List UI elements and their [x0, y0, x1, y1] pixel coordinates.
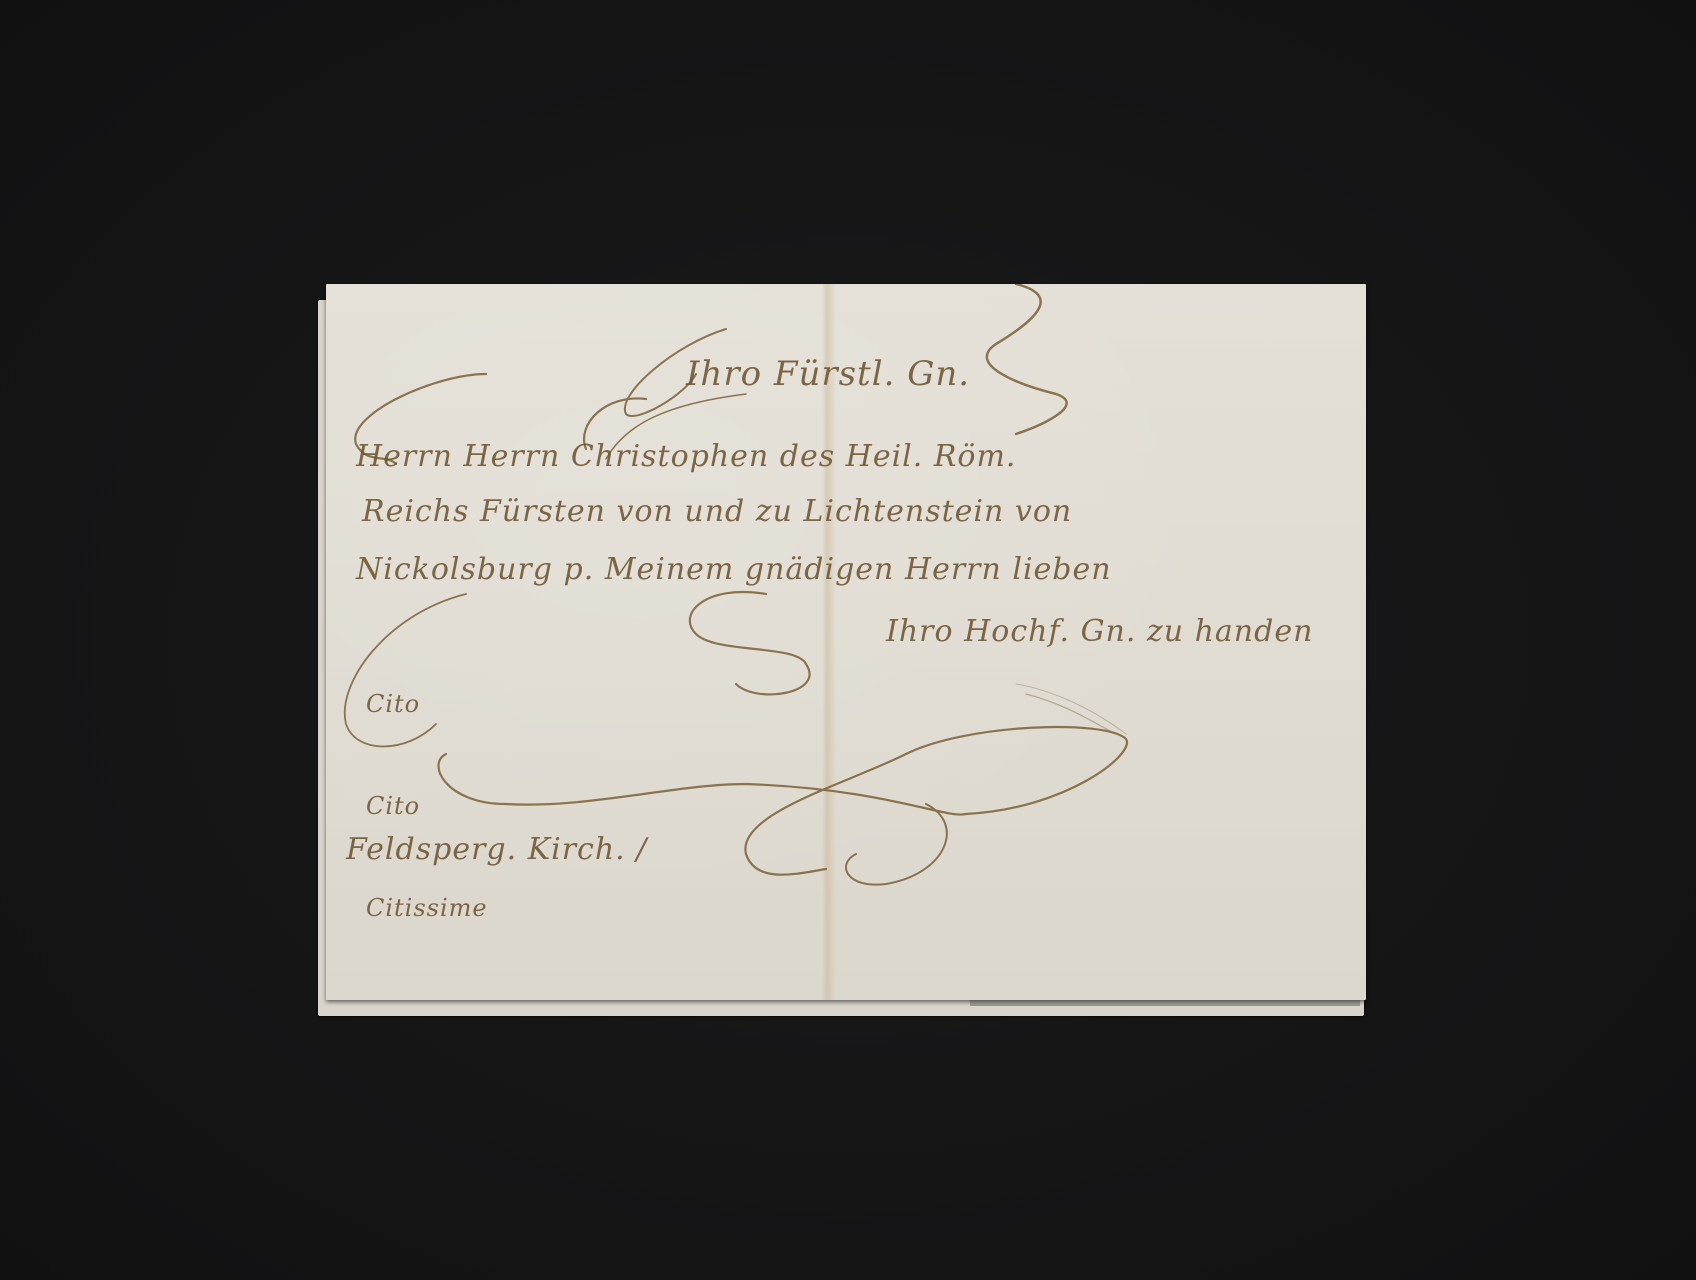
address-line-3: Nickolsburg p. Meinem gnädigen Herrn lie…	[356, 552, 1112, 587]
urgent-line-3: Citissime	[366, 891, 488, 925]
letter-paper: Ihro Fürstl. Gn. Herrn Herrn Christophen…	[326, 284, 1366, 1000]
urgent-margin-note: Cito Cito Citissime	[366, 619, 488, 993]
address-line-2: Reichs Fürsten von und zu Lichtenstein v…	[362, 494, 1072, 529]
urgent-line-2: Cito	[366, 789, 488, 823]
photo-stage: Ihro Fürstl. Gn. Herrn Herrn Christophen…	[0, 0, 1696, 1280]
urgent-line-1: Cito	[366, 687, 488, 721]
address-line-1: Herrn Herrn Christophen des Heil. Röm.	[356, 439, 1016, 474]
postal-note: Feldsperg. Kirch. /	[346, 832, 647, 867]
salutation-line: Ihro Fürstl. Gn.	[686, 354, 970, 394]
closing-line: Ihro Hochf. Gn. zu handen	[886, 614, 1313, 649]
